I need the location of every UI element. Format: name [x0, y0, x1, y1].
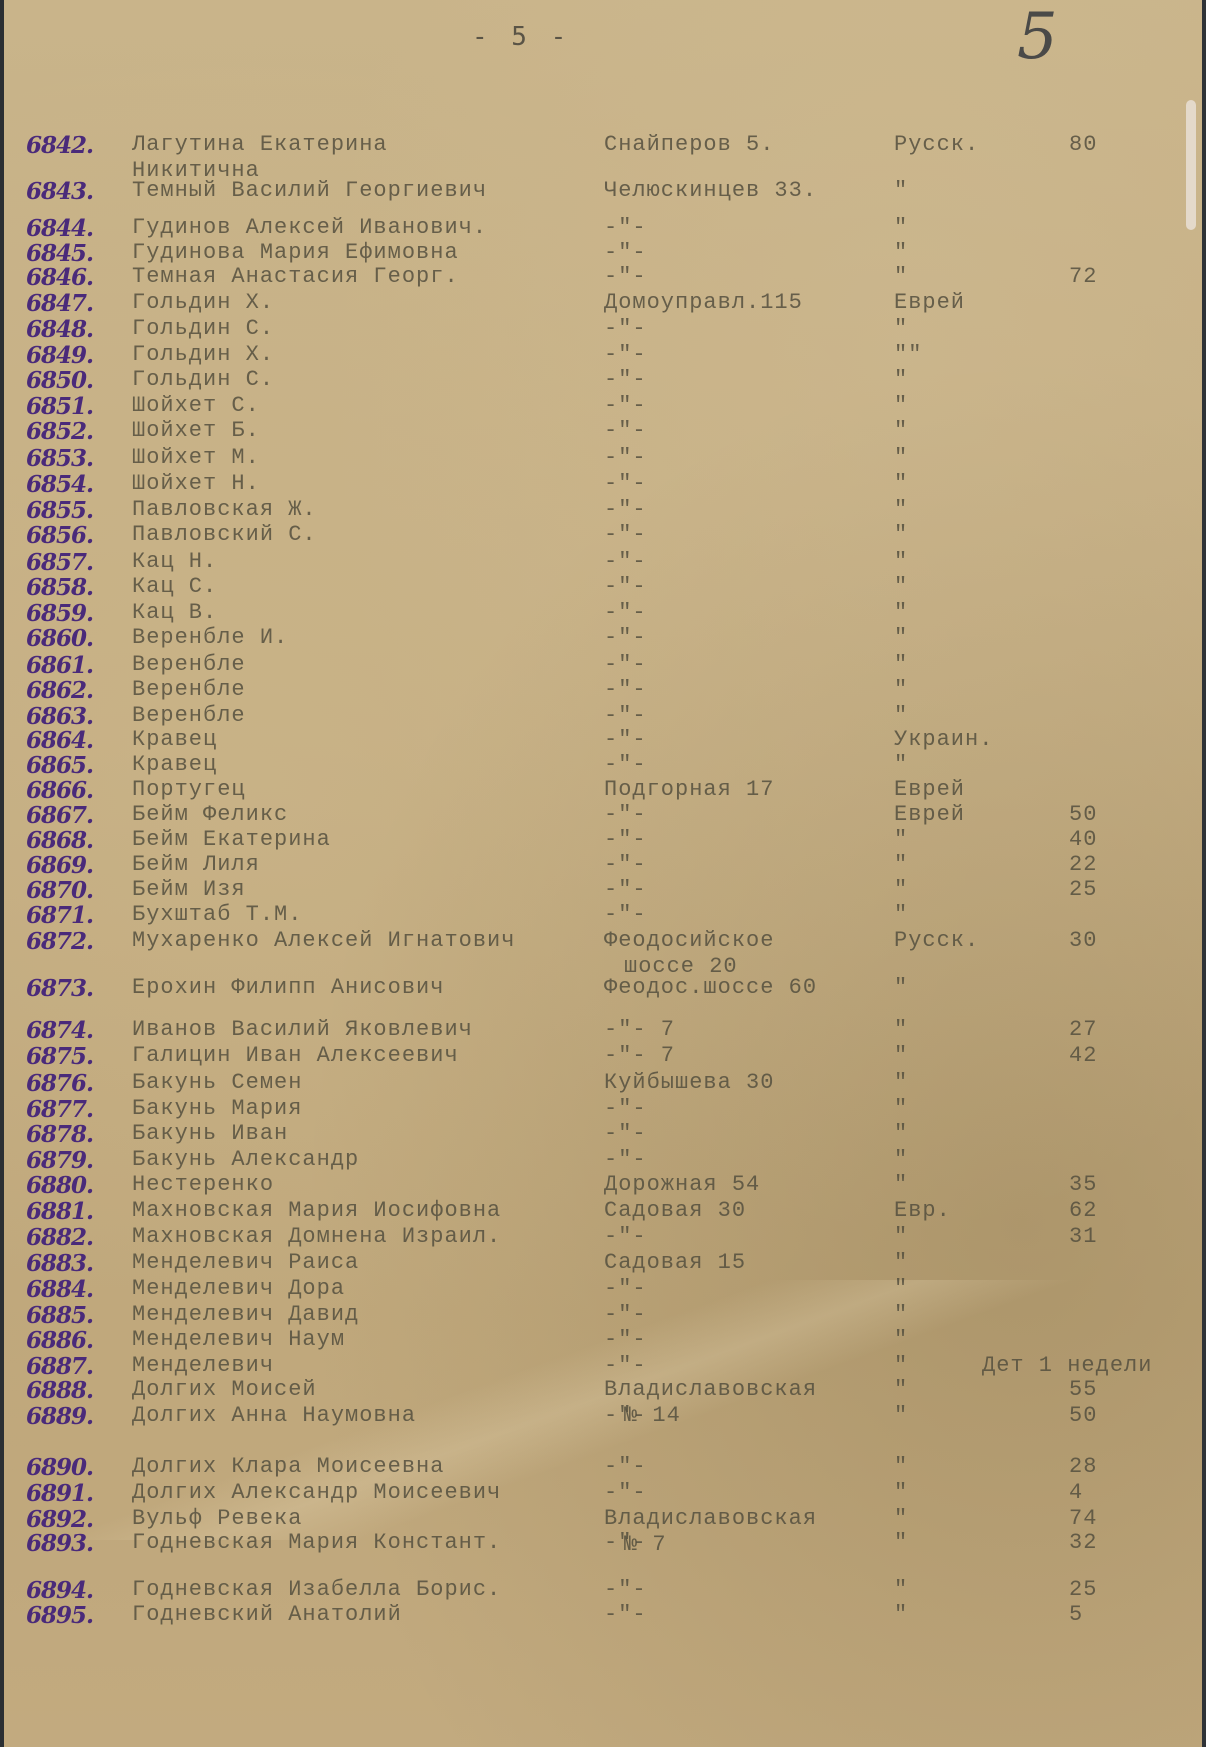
row-number: 6874. [26, 1017, 93, 1044]
age: 50 [1069, 1403, 1097, 1428]
table-row: 6848.Гольдин С.-"-" [4, 316, 1202, 342]
person-name: Гольдин С. [132, 316, 274, 341]
row-number: 6861. [26, 652, 93, 679]
row-number: 6859. [26, 600, 93, 627]
age: 42 [1069, 1043, 1097, 1068]
person-name: Долгих Александр Моисеевич [132, 1480, 501, 1505]
nationality: " [894, 703, 908, 728]
address: -"- [604, 827, 647, 852]
address: -"- [604, 677, 647, 702]
person-name: Темный Василий Георгиевич [132, 178, 487, 203]
nationality: Русск. [894, 928, 979, 953]
table-row: 6874.Иванов Василий Яковлевич-"- 7"27 [4, 1017, 1202, 1043]
address: -"- [604, 1147, 647, 1172]
person-name: Бейм Лиля [132, 852, 260, 877]
person-name: Бейм Екатерина [132, 827, 331, 852]
address: -"- [604, 902, 647, 927]
person-name: Махновская Домнена Израил. [132, 1224, 501, 1249]
nationality: " [894, 178, 908, 203]
person-name: Долгих Моисей [132, 1377, 317, 1402]
table-row: 6860.Веренбле И.-"-" [4, 625, 1202, 651]
person-name: Менделевич [132, 1353, 274, 1378]
nationality: " [894, 1327, 908, 1352]
row-number: 6878. [26, 1121, 93, 1148]
age: 27 [1069, 1017, 1097, 1042]
address: -"- [604, 1403, 647, 1428]
nationality: " [894, 1147, 908, 1172]
table-row: 6883.Менделевич РаисаСадовая 15" [4, 1250, 1202, 1276]
person-name: Бакунь Семен [132, 1070, 302, 1095]
table-row: 6889.Долгих Анна Наумовна-"-"50 [4, 1403, 1202, 1429]
row-number: 6867. [26, 802, 93, 829]
address: Дорожная 54 [604, 1172, 760, 1197]
table-row: 6845.Гудинова Мария Ефимовна-"-" [4, 240, 1202, 266]
age: 72 [1069, 264, 1097, 289]
table-row: 6871.Бухштаб Т.М.-"-" [4, 902, 1202, 928]
row-number: 6876. [26, 1070, 93, 1097]
age: 32 [1069, 1530, 1097, 1555]
nationality: " [894, 418, 908, 443]
row-number: 6877. [26, 1096, 93, 1123]
row-number: 6884. [26, 1276, 93, 1303]
nationality: " [894, 1302, 908, 1327]
address: -"- [604, 418, 647, 443]
nationality: " [894, 1121, 908, 1146]
table-row: 6861.Веренбле-"-" [4, 652, 1202, 678]
table-row: 6855.Павловская Ж.-"-" [4, 497, 1202, 523]
scrollbar-thumb[interactable] [1186, 100, 1196, 230]
nationality: " [894, 1043, 908, 1068]
table-row: 6854.Шойхет Н.-"-" [4, 471, 1202, 497]
age: 25 [1069, 1577, 1097, 1602]
person-name: Шойхет М. [132, 445, 260, 470]
address: -"- [604, 342, 647, 367]
nationality: " [894, 264, 908, 289]
age: 62 [1069, 1198, 1097, 1223]
row-number: 6851. [26, 393, 93, 420]
age: 25 [1069, 877, 1097, 902]
person-name: Бакунь Александр [132, 1147, 359, 1172]
person-name: Гудинова Мария Ефимовна [132, 240, 459, 265]
nationality: " [894, 1602, 908, 1627]
table-row: 6842.Лагутина ЕкатеринаНикитичнаСнайперо… [4, 132, 1202, 158]
row-number: 6868. [26, 827, 93, 854]
row-number: 6888. [26, 1377, 93, 1404]
person-name: Кац В. [132, 600, 217, 625]
table-row: 6847.Гольдин Х.Домоуправл.115Еврей [4, 290, 1202, 316]
address: -"- [604, 574, 647, 599]
person-name: Долгих Анна Наумовна [132, 1403, 416, 1428]
address: -"- [604, 703, 647, 728]
address: -"- [604, 727, 647, 752]
row-number: 6894. [26, 1577, 93, 1604]
address: -"- [604, 1454, 647, 1479]
person-name: Павловская Ж. [132, 497, 317, 522]
person-name: Мухаренко Алексей Игнатович [132, 928, 515, 953]
address: -"- [604, 240, 647, 265]
address: -"- [604, 1480, 647, 1505]
person-name: Долгих Клара Моисеевна [132, 1454, 444, 1479]
table-row: 6865.Кравец-"-" [4, 752, 1202, 778]
person-name: Веренбле [132, 677, 246, 702]
nationality: " [894, 471, 908, 496]
age: 5 [1069, 1602, 1083, 1627]
address: Снайперов 5. [604, 132, 774, 157]
nationality: " [894, 652, 908, 677]
person-name: Вульф Ревека [132, 1506, 302, 1531]
address: -"- [604, 1327, 647, 1352]
row-number: 6886. [26, 1327, 93, 1354]
table-row: 6846.Темная Анастасия Георг.-"-"72 [4, 264, 1202, 290]
table-row: 6880.НестеренкоДорожная 54"35 [4, 1172, 1202, 1198]
nationality: " [894, 975, 908, 1000]
nationality: " [894, 877, 908, 902]
nationality: " [894, 1250, 908, 1275]
address: Куйбышева 30 [604, 1070, 774, 1095]
person-name: Менделевич Раиса [132, 1250, 359, 1275]
address: -"- [604, 549, 647, 574]
row-number: 6882. [26, 1224, 93, 1251]
address: -"- [604, 1121, 647, 1146]
table-row: 6877.Бакунь Мария-"-" [4, 1096, 1202, 1122]
person-name: Гольдин С. [132, 367, 274, 392]
person-name: Павловский С. [132, 522, 317, 547]
row-number: 6862. [26, 677, 93, 704]
address: -"- 7 [604, 1017, 675, 1042]
nationality: " [894, 1577, 908, 1602]
nationality: " [894, 1017, 908, 1042]
row-number: 6887. [26, 1353, 93, 1380]
table-row: 6849.Гольдин Х.-"-"" [4, 342, 1202, 368]
row-number: 6855. [26, 497, 93, 524]
nationality: " [894, 522, 908, 547]
row-number: 6871. [26, 902, 93, 929]
table-row: 6881.Махновская Мария ИосифовнаСадовая 3… [4, 1198, 1202, 1224]
table-row: 6862.Веренбле-"-" [4, 677, 1202, 703]
nationality: " [894, 215, 908, 240]
person-name: Бейм Изя [132, 877, 246, 902]
age: 40 [1069, 827, 1097, 852]
person-name: Португец [132, 777, 246, 802]
row-number: 6889. [26, 1403, 93, 1430]
address: Садовая 30 [604, 1198, 746, 1223]
nationality: " [894, 1096, 908, 1121]
table-row: 6859.Кац В.-"-" [4, 600, 1202, 626]
address: -"- 7 [604, 1043, 675, 1068]
address: -"- [604, 1577, 647, 1602]
table-row: 6892.Вульф РевекаВладиславовская№ 7"74 [4, 1506, 1202, 1532]
table-row: 6844.Гудинов Алексей Иванович.-"-" [4, 215, 1202, 241]
address: -"- [604, 652, 647, 677]
person-name: Менделевич Наум [132, 1327, 345, 1352]
table-row: 6879.Бакунь Александр-"-" [4, 1147, 1202, 1173]
table-row: 6868.Бейм Екатерина-"-"40 [4, 827, 1202, 853]
nationality: " [894, 367, 908, 392]
row-number: 6881. [26, 1198, 93, 1225]
nationality: Евр. [894, 1198, 951, 1223]
person-name: Менделевич Давид [132, 1302, 359, 1327]
person-name: Годневская Изабелла Борис. [132, 1577, 501, 1602]
table-row: 6884.Менделевич Дора-"-" [4, 1276, 1202, 1302]
nationality: " [894, 1454, 908, 1479]
address: Подгорная 17 [604, 777, 774, 802]
row-number: 6854. [26, 471, 93, 498]
row-number: 6860. [26, 625, 93, 652]
address: -"- [604, 1302, 647, 1327]
table-row: 6851.Шойхет С.-"-" [4, 393, 1202, 419]
age: 35 [1069, 1172, 1097, 1197]
person-name: Махновская Мария Иосифовна [132, 1198, 501, 1223]
nationality: " [894, 625, 908, 650]
address: -"- [604, 497, 647, 522]
address: -"- [604, 445, 647, 470]
table-row: 6864.Кравец-"-Украин. [4, 727, 1202, 753]
address: -"- [604, 1353, 647, 1378]
address: Челюскинцев 33. [604, 178, 817, 203]
row-number: 6853. [26, 445, 93, 472]
address: -"- [604, 522, 647, 547]
row-number: 6865. [26, 752, 93, 779]
row-number: 6856. [26, 522, 93, 549]
table-row: 6869.Бейм Лиля-"-"22 [4, 852, 1202, 878]
person-name: Годневский Анатолий [132, 1602, 402, 1627]
row-number: 6893. [26, 1530, 93, 1557]
address: Владиславовская [604, 1506, 817, 1531]
person-name: Шойхет Н. [132, 471, 260, 496]
address: -"- [604, 1096, 647, 1121]
person-name: Галицин Иван Алексеевич [132, 1043, 459, 1068]
table-row: 6863.Веренбле-"-" [4, 703, 1202, 729]
row-number: 6844. [26, 215, 93, 242]
address: -"- [604, 852, 647, 877]
person-name: Гольдин Х. [132, 290, 274, 315]
age: 31 [1069, 1224, 1097, 1249]
address: Владиславовская [604, 1377, 817, 1402]
row-number: 6880. [26, 1172, 93, 1199]
row-number: 6845. [26, 240, 93, 267]
person-name: Веренбле [132, 652, 246, 677]
table-row: 6867.Бейм Феликс-"-Еврей50 [4, 802, 1202, 828]
row-number: 6885. [26, 1302, 93, 1329]
row-number: 6890. [26, 1454, 93, 1481]
table-row: 6878.Бакунь Иван-"-" [4, 1121, 1202, 1147]
nationality: " [894, 1506, 908, 1531]
person-name: Веренбле [132, 703, 246, 728]
person-name: Кац Н. [132, 549, 217, 574]
address: -"- [604, 802, 647, 827]
table-row: 6872.Мухаренко Алексей ИгнатовичФеодосий… [4, 928, 1202, 954]
table-row: 6890.Долгих Клара Моисеевна-"-"28 [4, 1454, 1202, 1480]
nationality: " [894, 1480, 908, 1505]
table-row: 6891.Долгих Александр Моисеевич-"-"4 [4, 1480, 1202, 1506]
nationality: " [894, 1172, 908, 1197]
nationality: "" [894, 342, 922, 367]
nationality: Украин. [894, 727, 993, 752]
address: -"- [604, 752, 647, 777]
row-number: 6872. [26, 928, 93, 955]
person-name: Иванов Василий Яковлевич [132, 1017, 473, 1042]
table-row: 6866.ПортугецПодгорная 17Еврей [4, 777, 1202, 803]
nationality: " [894, 752, 908, 777]
address: -"- [604, 600, 647, 625]
window-edge [1202, 0, 1206, 1747]
nationality: " [894, 316, 908, 341]
nationality: Русск. [894, 132, 979, 157]
page-number: - 5 - [472, 22, 570, 52]
address: -"- [604, 877, 647, 902]
row-number: 6870. [26, 877, 93, 904]
person-name: Лагутина Екатерина [132, 132, 388, 157]
nationality: " [894, 677, 908, 702]
person-name: Кравец [132, 727, 217, 752]
row-number: 6883. [26, 1250, 93, 1277]
row-number: 6863. [26, 703, 93, 730]
age: 4 [1069, 1480, 1083, 1505]
row-number: 6842. [26, 132, 93, 159]
row-number: 6864. [26, 727, 93, 754]
age: 55 [1069, 1377, 1097, 1402]
address: Феодосийское [604, 928, 774, 953]
person-name: Гольдин Х. [132, 342, 274, 367]
document-page: - 5 - 5 6842.Лагутина ЕкатеринаНикитична… [4, 0, 1202, 1747]
table-row: 6886.Менделевич Наум-"-" [4, 1327, 1202, 1353]
table-row: 6887.Менделевич-"-"Дет 1 недели [4, 1353, 1202, 1379]
person-name: Шойхет С. [132, 393, 260, 418]
nationality: " [894, 549, 908, 574]
row-number: 6866. [26, 777, 93, 804]
person-name: Бухштаб Т.М. [132, 902, 302, 927]
address: Феодос.шоссе 60 [604, 975, 817, 1000]
row-number: 6849. [26, 342, 93, 369]
age: 22 [1069, 852, 1097, 877]
nationality: " [894, 393, 908, 418]
person-name: Ерохин Филипп Анисович [132, 975, 444, 1000]
age: 80 [1069, 132, 1097, 157]
table-row: 6843.Темный Василий ГеоргиевичЧелюскинце… [4, 178, 1202, 204]
row-number: 6846. [26, 264, 93, 291]
table-row: 6895.Годневский Анатолий-"-"5 [4, 1602, 1202, 1628]
note: Дет 1 недели [982, 1353, 1152, 1378]
nationality: " [894, 1377, 908, 1402]
table-row: 6873.Ерохин Филипп АнисовичФеодос.шоссе … [4, 975, 1202, 1001]
person-name: Гудинов Алексей Иванович. [132, 215, 487, 240]
address: -"- [604, 316, 647, 341]
table-row: 6885.Менделевич Давид-"-" [4, 1302, 1202, 1328]
row-number: 6879. [26, 1147, 93, 1174]
row-number: 6848. [26, 316, 93, 343]
table-row: 6856.Павловский С.-"-" [4, 522, 1202, 548]
table-row: 6893.Годневская Мария Констант.-"-"32 [4, 1530, 1202, 1556]
nationality: " [894, 600, 908, 625]
age: 30 [1069, 928, 1097, 953]
table-row: 6876.Бакунь СеменКуйбышева 30" [4, 1070, 1202, 1096]
folio-number: 5 [1017, 0, 1058, 74]
row-number: 6847. [26, 290, 93, 317]
table-row: 6857.Кац Н.-"-" [4, 549, 1202, 575]
person-name: Шойхет Б. [132, 418, 260, 443]
person-name: Бакунь Мария [132, 1096, 302, 1121]
nationality: Еврей [894, 777, 965, 802]
table-row: 6894.Годневская Изабелла Борис.-"-"25 [4, 1577, 1202, 1603]
nationality: " [894, 1276, 908, 1301]
address: -"- [604, 393, 647, 418]
row-number: 6895. [26, 1602, 93, 1629]
nationality: " [894, 1224, 908, 1249]
person-name: Бакунь Иван [132, 1121, 288, 1146]
nationality: Еврей [894, 290, 965, 315]
nationality: " [894, 827, 908, 852]
address: -"- [604, 367, 647, 392]
address: -"- [604, 215, 647, 240]
person-name: Кац С. [132, 574, 217, 599]
nationality: " [894, 1353, 908, 1378]
nationality: " [894, 1530, 908, 1555]
address: Садовая 15 [604, 1250, 746, 1275]
address: Домоуправл.115 [604, 290, 803, 315]
table-row: 6875.Галицин Иван Алексеевич-"- 7"42 [4, 1043, 1202, 1069]
nationality: " [894, 445, 908, 470]
person-name: Нестеренко [132, 1172, 274, 1197]
address: -"- [604, 264, 647, 289]
age: 74 [1069, 1506, 1097, 1531]
table-row: 6870.Бейм Изя-"-"25 [4, 877, 1202, 903]
person-name: Темная Анастасия Георг. [132, 264, 459, 289]
address: -"- [604, 1530, 647, 1555]
nationality: " [894, 240, 908, 265]
person-name: Менделевич Дора [132, 1276, 345, 1301]
row-number: 6857. [26, 549, 93, 576]
row-number: 6852. [26, 418, 93, 445]
nationality: " [894, 902, 908, 927]
address: -"- [604, 1602, 647, 1627]
row-number: 6875. [26, 1043, 93, 1070]
address: -"- [604, 1224, 647, 1249]
table-row: 6888.Долгих МоисейВладиславовская№ 14"55 [4, 1377, 1202, 1403]
age: 50 [1069, 802, 1097, 827]
table-row: 6853.Шойхет М.-"-" [4, 445, 1202, 471]
address: -"- [604, 471, 647, 496]
nationality: " [894, 574, 908, 599]
age: 28 [1069, 1454, 1097, 1479]
nationality: " [894, 852, 908, 877]
table-row: 6850.Гольдин С.-"-" [4, 367, 1202, 393]
row-number: 6858. [26, 574, 93, 601]
person-name: Кравец [132, 752, 217, 777]
table-row: 6882.Махновская Домнена Израил.-"-"31 [4, 1224, 1202, 1250]
row-number: 6892. [26, 1506, 93, 1533]
table-row: 6852.Шойхет Б.-"-" [4, 418, 1202, 444]
nationality: Еврей [894, 802, 965, 827]
address: -"- [604, 625, 647, 650]
row-number: 6873. [26, 975, 93, 1002]
nationality: " [894, 497, 908, 522]
row-number: 6843. [26, 178, 93, 205]
table-row: 6858.Кац С.-"-" [4, 574, 1202, 600]
row-number: 6891. [26, 1480, 93, 1507]
person-name: Бейм Феликс [132, 802, 288, 827]
nationality: " [894, 1070, 908, 1095]
row-number: 6850. [26, 367, 93, 394]
address: -"- [604, 1276, 647, 1301]
person-name: Годневская Мария Констант. [132, 1530, 501, 1555]
person-name: Веренбле И. [132, 625, 288, 650]
nationality: " [894, 1403, 908, 1428]
row-number: 6869. [26, 852, 93, 879]
